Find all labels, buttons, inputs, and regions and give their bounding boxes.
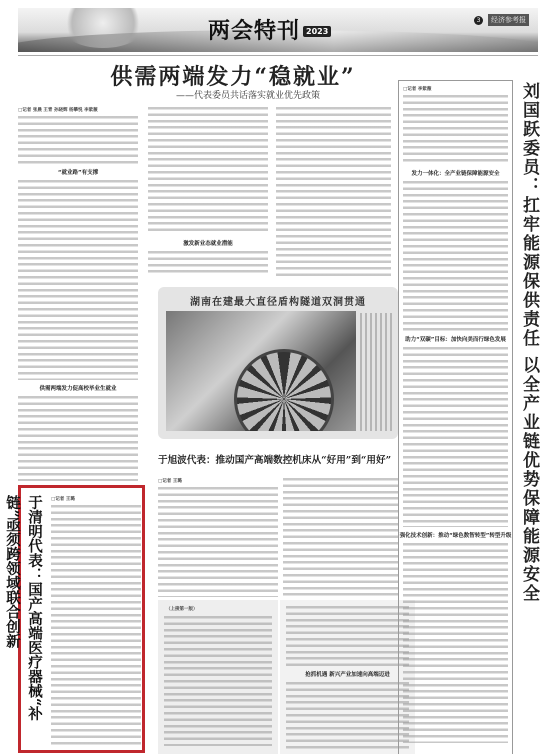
body-text xyxy=(18,396,138,481)
divider xyxy=(18,55,538,56)
red-box-body: □记者 王璐 xyxy=(51,496,141,745)
continued-label: （上接第一版） xyxy=(166,606,278,612)
body-text xyxy=(403,95,508,165)
lead-column-1: □记者 张晨 王青 孙晓辉 杨攀悦 李紫薇 “就业路”有支撑 供需两端发力促高校… xyxy=(18,107,138,481)
right-byline: □记者 李紫薇 xyxy=(403,86,508,92)
right-vertical-headline: 刘国跃委员：扛牢能源保供责任 以全产业链优势保障能源安全 xyxy=(518,82,540,603)
lead-byline: □记者 张晨 王青 孙晓辉 杨攀悦 李紫薇 xyxy=(18,107,138,113)
body-text xyxy=(158,487,278,597)
newspaper-page: 两会特刊 2023 3 经济参考报 供需两端发力“稳就业” ——代表委员共话落实… xyxy=(18,0,538,754)
section-title: 激发新业态就业潜能 xyxy=(148,239,268,247)
section-title: 助力“双碳”目标：加快向美而行绿色发展 xyxy=(399,335,512,343)
lead-subheadline: ——代表委员共话落实就业优先政策 xyxy=(118,88,378,101)
section-title: “就业路”有支撑 xyxy=(18,168,138,176)
body-text xyxy=(403,543,508,743)
tunnel-boring-machine-photo xyxy=(166,311,356,431)
continued-box: （上接第一版） xyxy=(158,600,278,754)
section-title: 强化技术创新：推动“绿色数智转型”转型升级 xyxy=(399,531,512,539)
body-text xyxy=(164,616,272,746)
body-text xyxy=(148,251,268,276)
red-box-vertical-headline: 于清明代表：国产高端医疗器械“补链”亟须跨领域联合创新 xyxy=(23,495,45,754)
body-text xyxy=(148,107,268,235)
section-title: 供需两端发力促高校毕业生就业 xyxy=(18,384,138,392)
red-box-byline: □记者 王璐 xyxy=(51,496,141,502)
body-text xyxy=(18,116,138,164)
masthead-year-badge: 2023 xyxy=(303,26,331,37)
body-text xyxy=(286,682,409,752)
body-text xyxy=(51,505,141,745)
newspaper-name: 经济参考报 xyxy=(488,14,529,26)
body-text xyxy=(286,606,409,666)
photo-feature: 湖南在建最大直径盾构隧道双洞贯通 xyxy=(158,287,398,439)
second-byline: □记者 王璐 xyxy=(158,478,278,484)
page-number: 3 xyxy=(474,16,483,25)
body-text xyxy=(283,478,398,598)
second-column-2 xyxy=(283,478,398,598)
second-headline: 于旭波代表：推动国产高端数控机床从“好用”到“用好” xyxy=(158,452,418,466)
body-text xyxy=(18,180,138,380)
right-article-box: □记者 李紫薇 发力一体化：全产业链保障能源安全 助力“双碳”目标：加快向美而行… xyxy=(398,80,513,754)
lead-column-3 xyxy=(276,107,391,277)
photo-caption xyxy=(360,313,392,431)
body-text xyxy=(403,181,508,331)
second-column-continued: 抢抓机遇 新兴产业加速向高端迈进 xyxy=(280,600,415,754)
second-column-1: □记者 王璐 xyxy=(158,478,278,597)
lead-column-2: 激发新业态就业潜能 xyxy=(148,107,268,276)
body-text xyxy=(276,107,391,277)
body-text xyxy=(403,347,508,527)
lead-headline: 供需两端发力“稳就业” xyxy=(68,60,398,91)
masthead-title: 两会特刊 xyxy=(208,14,300,45)
section-title: 抢抓机遇 新兴产业加速向高端迈进 xyxy=(280,670,415,678)
cutterhead-graphic xyxy=(234,349,334,431)
section-title: 发力一体化：全产业链保障能源安全 xyxy=(399,169,512,177)
photo-title: 湖南在建最大直径盾构隧道双洞贯通 xyxy=(158,293,398,308)
masthead-banner: 两会特刊 2023 3 经济参考报 xyxy=(18,8,538,52)
